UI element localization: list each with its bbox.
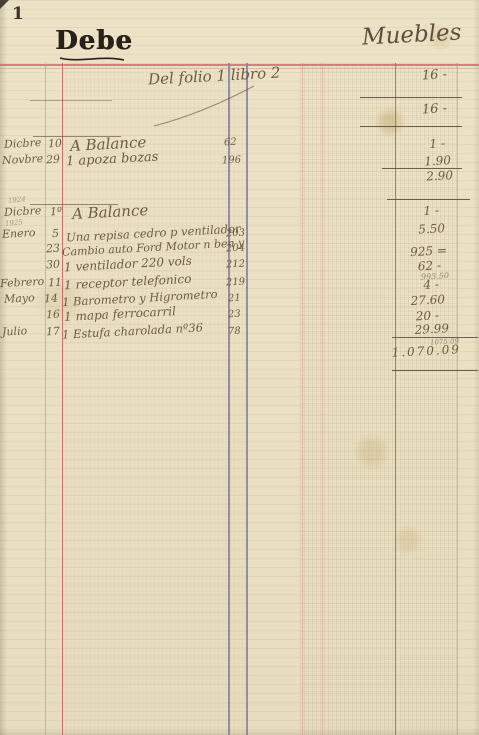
date-month: Enero: [2, 226, 36, 241]
debe-heading: Debe: [55, 26, 133, 56]
year-label: 1924: [8, 195, 26, 205]
page-corner: [0, 0, 9, 9]
date-day: 23: [46, 242, 61, 256]
date-day: 5: [52, 227, 60, 240]
date-day: 10: [48, 137, 63, 151]
folio-number: 212: [226, 259, 246, 271]
ink-rule: [360, 126, 462, 127]
ruling-line-vertical: [246, 63, 248, 735]
ink-rule: [30, 100, 112, 101]
ledger-page: 1 Debe Muebles Del folio 1 libro 2 16 - …: [0, 0, 479, 735]
date-month: Dicbre: [4, 136, 42, 151]
ruling-line-vertical: [457, 63, 458, 735]
page-number: 1: [12, 4, 24, 24]
account-title: Muebles: [361, 19, 462, 50]
date-day: 29: [46, 153, 61, 167]
ruling-line-vertical: [322, 63, 323, 735]
date-day: 1º: [50, 205, 63, 219]
date-month: Febrero: [0, 275, 45, 290]
date-day: 16: [46, 308, 61, 322]
folio-number: 204: [226, 243, 246, 255]
folio-number: 78: [228, 326, 241, 338]
ink-rule: [392, 370, 478, 371]
folio-number: 62: [224, 137, 237, 149]
opening-flourish: [150, 82, 260, 130]
folio-number: 21: [228, 293, 241, 305]
date-day: 14: [44, 292, 59, 306]
folio-number: 219: [226, 277, 246, 289]
date-day: 11: [48, 276, 63, 290]
ruling-line-vertical: [302, 63, 303, 735]
date-month: Novbre: [2, 152, 44, 167]
ink-rule: [360, 97, 462, 98]
folio-number: 23: [228, 309, 241, 321]
date-month: Mayo: [4, 291, 35, 306]
ruling-line-vertical: [62, 63, 63, 735]
folio-number: 196: [222, 155, 242, 167]
date-day: 30: [46, 258, 61, 272]
date-day: 17: [46, 325, 61, 339]
date-month: Julio: [2, 324, 28, 338]
date-month: Dicbre: [4, 204, 42, 219]
ink-rule: [387, 199, 470, 200]
debe-flourish: [58, 54, 128, 64]
